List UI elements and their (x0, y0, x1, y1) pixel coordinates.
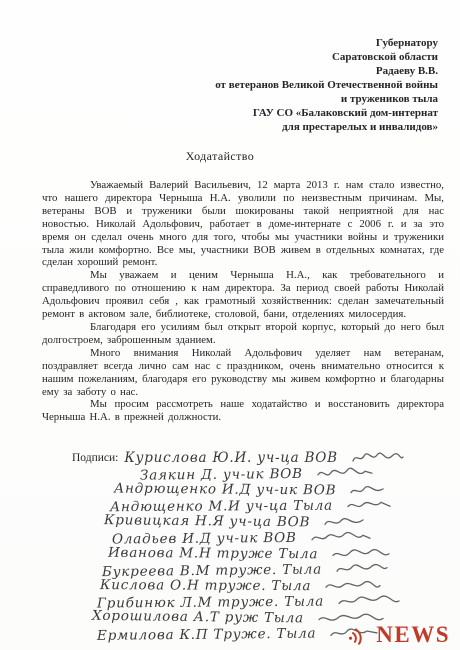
signature-text: Кривицкая Н.Я уч-ца ВОВ (104, 512, 310, 530)
autograph-scribble-icon (324, 515, 364, 529)
autograph-scribble-icon (325, 579, 381, 593)
recipient-line: Радаеву В.В. (120, 64, 438, 78)
paragraph: Много внимания Николай Адольфович уделяе… (42, 347, 444, 399)
paragraph: Мы просим рассмотреть наше ходатайство и… (42, 398, 444, 424)
document-title: Ходатайство (0, 149, 440, 164)
autograph-scribble-icon (350, 484, 384, 498)
recipient-line: Саратовской области (120, 50, 438, 64)
autograph-scribble-icon (311, 530, 371, 545)
recipient-line: для престарелых и инвалидов» (120, 120, 438, 134)
scanned-letter-page: Губернатору Саратовской области Радаеву … (0, 0, 460, 650)
signature-text: Хорошилова А.Т руж Тыла (92, 608, 304, 627)
autograph-scribble-icon (347, 498, 391, 512)
recipient-line: от ветеранов Великой Отечественной войны (120, 78, 438, 92)
signature-row: Подписи: Курислова Ю.И. уч-ца ВОВ (72, 450, 454, 466)
signatures-section: Подписи: Курислова Ю.И. уч-ца ВОВ Заякин… (42, 450, 454, 642)
signature-text: Ермилова К.П Труже. Тыла (97, 626, 317, 644)
radio-waves-icon (344, 623, 368, 647)
paragraph: Благодаря его усилиям был открыт второй … (42, 321, 444, 347)
signature-text: Иванова М.Н труже Тыла (108, 545, 318, 562)
signature-text: Курислова Ю.И. уч-ца ВОВ (124, 450, 338, 466)
recipient-line: ГАУ СО «Балаковский дом-интернат (120, 106, 438, 120)
recipient-block: Губернатору Саратовской области Радаеву … (120, 36, 438, 134)
recipient-line: Губернатору (120, 36, 438, 50)
autograph-scribble-icon (336, 562, 388, 577)
autograph-scribble-icon (352, 451, 404, 465)
news-watermark: NEWS (346, 623, 450, 646)
signature-text: Андрющенко И.Д уч-ик ВОВ (114, 481, 336, 499)
signatures-label: Подписи: (72, 452, 118, 464)
signature-text: Кислова О.Н труже. Тыла (100, 577, 311, 594)
news-logo-text: NEWS (376, 623, 450, 646)
recipient-line: и тружеников тыла (120, 92, 438, 106)
autograph-scribble-icon (338, 594, 400, 609)
paragraph: Уважаемый Валерий Васильевич, 12 марта 2… (42, 179, 444, 269)
paragraph: Мы уважаем и ценим Черныша Н.А., как тре… (42, 269, 444, 321)
letter-body: Уважаемый Валерий Васильевич, 12 марта 2… (42, 179, 444, 424)
autograph-scribble-icon (332, 547, 390, 561)
autograph-scribble-icon (317, 466, 373, 481)
